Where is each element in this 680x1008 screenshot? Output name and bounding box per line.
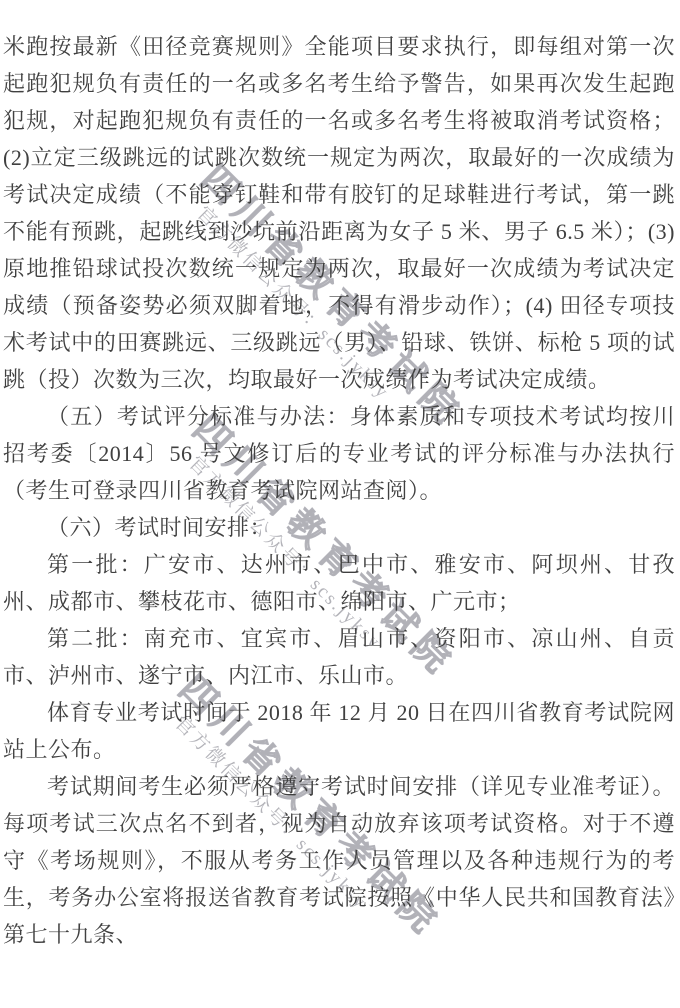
paragraph: 米跑按最新《田径竞赛规则》全能项目要求执行，即每组对第一次起跑犯规负有责任的一名… <box>3 28 675 398</box>
paragraph: （六）考试时间安排： <box>3 509 675 546</box>
paragraph: （五）考试评分标准与办法：身体素质和专项技术考试均按川招考委〔2014〕56 号… <box>3 398 675 509</box>
paragraph: 第二批：南充市、宜宾市、眉山市、资阳市、凉山州、自贡市、泸州市、遂宁市、内江市、… <box>3 620 675 694</box>
document-body: 米跑按最新《田径竞赛规则》全能项目要求执行，即每组对第一次起跑犯规负有责任的一名… <box>0 0 680 953</box>
paragraph: 第一批：广安市、达州市、巴中市、雅安市、阿坝州、甘孜州、成都市、攀枝花市、德阳市… <box>3 546 675 620</box>
paragraph: 体育专业考试时间于 2018 年 12 月 20 日在四川省教育考试院网站上公布… <box>3 694 675 768</box>
paragraph: 考试期间考生必须严格遵守考试时间安排（详见专业准考证）。每项考试三次点名不到者，… <box>3 768 675 953</box>
document-page: 四川省教育考试院 官方微信公众号：scs.jyksy 四川省教育考试院 官方微信… <box>0 0 680 1008</box>
